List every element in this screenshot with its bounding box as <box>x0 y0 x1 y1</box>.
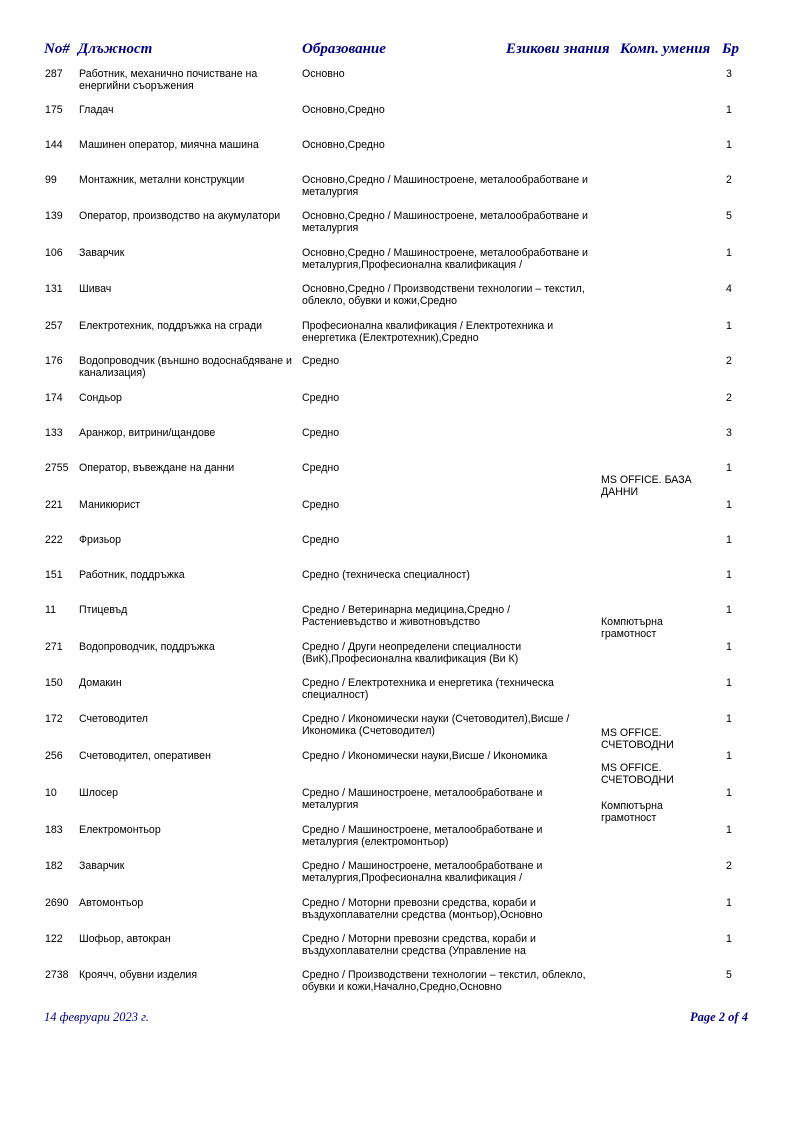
row-position: Машинен оператор, миячна машина <box>79 139 301 151</box>
row-position: Работник, поддръжка <box>79 569 301 581</box>
row-education: Основно,Средно / Машиностроене, металооб… <box>302 174 594 198</box>
row-position: Кроячч, обувни изделия <box>79 969 301 981</box>
row-count: 1 <box>726 104 732 116</box>
row-position: Домакин <box>79 677 301 689</box>
row-education: Средно / Моторни превозни средства, кора… <box>302 933 594 957</box>
row-count: 1 <box>726 499 732 511</box>
row-education: Средно / Ветеринарна медицина,Средно / Р… <box>302 604 594 628</box>
row-count: 1 <box>726 320 732 332</box>
row-number: 144 <box>45 139 63 151</box>
row-count: 5 <box>726 969 732 981</box>
row-count: 1 <box>726 933 732 945</box>
row-position: Счетоводител <box>79 713 301 725</box>
row-position: Птицевъд <box>79 604 301 616</box>
row-number: 106 <box>45 247 63 259</box>
row-count: 1 <box>726 824 732 836</box>
row-position: Фризьор <box>79 534 301 546</box>
row-education: Основно,Средно / Машиностроене, металооб… <box>302 247 594 271</box>
column-header-position: Длъжност <box>78 41 152 58</box>
row-position: Водопроводчик, поддръжка <box>79 641 301 653</box>
row-number: 175 <box>45 104 63 116</box>
row-education: Основно <box>302 68 594 80</box>
row-count: 3 <box>726 427 732 439</box>
row-number: 182 <box>45 860 63 872</box>
row-education: Средно <box>302 534 594 546</box>
row-education: Професионална квалификация / Електротехн… <box>302 320 594 344</box>
row-position: Водопроводчик (външно водоснабдяване и к… <box>79 355 301 379</box>
row-number: 222 <box>45 534 63 546</box>
row-number: 2738 <box>45 969 69 981</box>
column-header-education: Образование <box>302 41 386 58</box>
computer-skill-note: MS OFFICE. БАЗА ДАННИ <box>601 474 711 498</box>
footer-page-number: Page 2 of 4 <box>690 1010 748 1025</box>
row-count: 1 <box>726 713 732 725</box>
row-number: 133 <box>45 427 63 439</box>
row-position: Оператор, производство на акумулатори <box>79 210 301 222</box>
row-number: 122 <box>45 933 63 945</box>
row-number: 2755 <box>45 462 69 474</box>
row-position: Маникюрист <box>79 499 301 511</box>
row-position: Шивач <box>79 283 301 295</box>
row-education: Основно,Средно <box>302 139 594 151</box>
footer-date: 14 февруари 2023 г. <box>44 1010 149 1025</box>
row-position: Електротехник, поддръжка на сгради <box>79 320 301 332</box>
row-number: 256 <box>45 750 63 762</box>
column-header-languages: Езикови знания <box>506 41 610 58</box>
row-education: Средно / Икономически науки (Счетоводите… <box>302 713 594 737</box>
row-position: Електромонтьор <box>79 824 301 836</box>
row-position: Счетоводител, оперативен <box>79 750 301 762</box>
row-position: Шофьор, автокран <box>79 933 301 945</box>
row-count: 1 <box>726 641 732 653</box>
row-education: Средно / Машиностроене, металообработван… <box>302 860 594 884</box>
computer-skill-note: Компютърна грамотност <box>601 616 711 640</box>
row-count: 1 <box>726 569 732 581</box>
row-education: Средно / Машиностроене, металообработван… <box>302 824 594 848</box>
row-count: 4 <box>726 283 732 295</box>
row-education: Основно,Средно / Машиностроене, металооб… <box>302 210 594 234</box>
row-position: Монтажник, метални конструкции <box>79 174 301 186</box>
row-count: 1 <box>726 247 732 259</box>
row-number: 11 <box>45 604 56 616</box>
row-count: 2 <box>726 392 732 404</box>
row-number: 287 <box>45 68 63 80</box>
row-education: Основно,Средно / Производствени технолог… <box>302 283 594 307</box>
row-count: 1 <box>726 604 732 616</box>
computer-skill-note: MS OFFICE. СЧЕТОВОДНИ <box>601 762 711 786</box>
row-position: Оператор, въвеждане на данни <box>79 462 301 474</box>
computer-skill-note: MS OFFICE. СЧЕТОВОДНИ <box>601 727 711 751</box>
row-count: 1 <box>726 897 732 909</box>
row-position: Шлосер <box>79 787 301 799</box>
row-education: Средно <box>302 499 594 511</box>
row-number: 221 <box>45 499 63 511</box>
row-position: Сондьор <box>79 392 301 404</box>
row-education: Средно / Икономически науки,Висше / Икон… <box>302 750 594 762</box>
row-count: 1 <box>726 750 732 762</box>
row-count: 5 <box>726 210 732 222</box>
column-header-computer-skills: Комп. умения <box>620 41 710 58</box>
row-count: 3 <box>726 68 732 80</box>
row-education: Средно <box>302 355 594 367</box>
row-number: 131 <box>45 283 63 295</box>
row-number: 99 <box>45 174 57 186</box>
row-education: Средно / Електротехника и енергетика (те… <box>302 677 594 701</box>
row-number: 271 <box>45 641 63 653</box>
row-number: 10 <box>45 787 57 799</box>
row-number: 257 <box>45 320 63 332</box>
row-count: 2 <box>726 355 732 367</box>
row-position: Заварчик <box>79 860 301 872</box>
column-header-no: No# <box>44 41 70 58</box>
row-count: 1 <box>726 787 732 799</box>
row-count: 1 <box>726 534 732 546</box>
row-position: Заварчик <box>79 247 301 259</box>
row-number: 176 <box>45 355 63 367</box>
row-number: 172 <box>45 713 63 725</box>
row-number: 183 <box>45 824 63 836</box>
row-education: Средно / Машиностроене, металообработван… <box>302 787 594 811</box>
row-count: 1 <box>726 677 732 689</box>
row-count: 2 <box>726 174 732 186</box>
row-position: Автомонтьор <box>79 897 301 909</box>
row-number: 174 <box>45 392 63 404</box>
row-education: Средно <box>302 462 594 474</box>
row-position: Гладач <box>79 104 301 116</box>
row-number: 2690 <box>45 897 69 909</box>
row-number: 150 <box>45 677 63 689</box>
row-position: Аранжор, витрини/щандове <box>79 427 301 439</box>
row-education: Средно (техническа специалност) <box>302 569 594 581</box>
row-count: 1 <box>726 462 732 474</box>
row-education: Средно / Други неопределени специалности… <box>302 641 594 665</box>
row-count: 1 <box>726 139 732 151</box>
row-education: Средно <box>302 392 594 404</box>
column-header-count: Бр <box>722 41 739 58</box>
row-number: 151 <box>45 569 63 581</box>
row-number: 139 <box>45 210 63 222</box>
row-education: Основно,Средно <box>302 104 594 116</box>
row-position: Работник, механично почистване на енерги… <box>79 68 301 92</box>
row-education: Средно <box>302 427 594 439</box>
row-education: Средно / Моторни превозни средства, кора… <box>302 897 594 921</box>
row-count: 2 <box>726 860 732 872</box>
computer-skill-note: Компютърна грамотност <box>601 800 711 824</box>
row-education: Средно / Производствени технологии – тек… <box>302 969 594 993</box>
